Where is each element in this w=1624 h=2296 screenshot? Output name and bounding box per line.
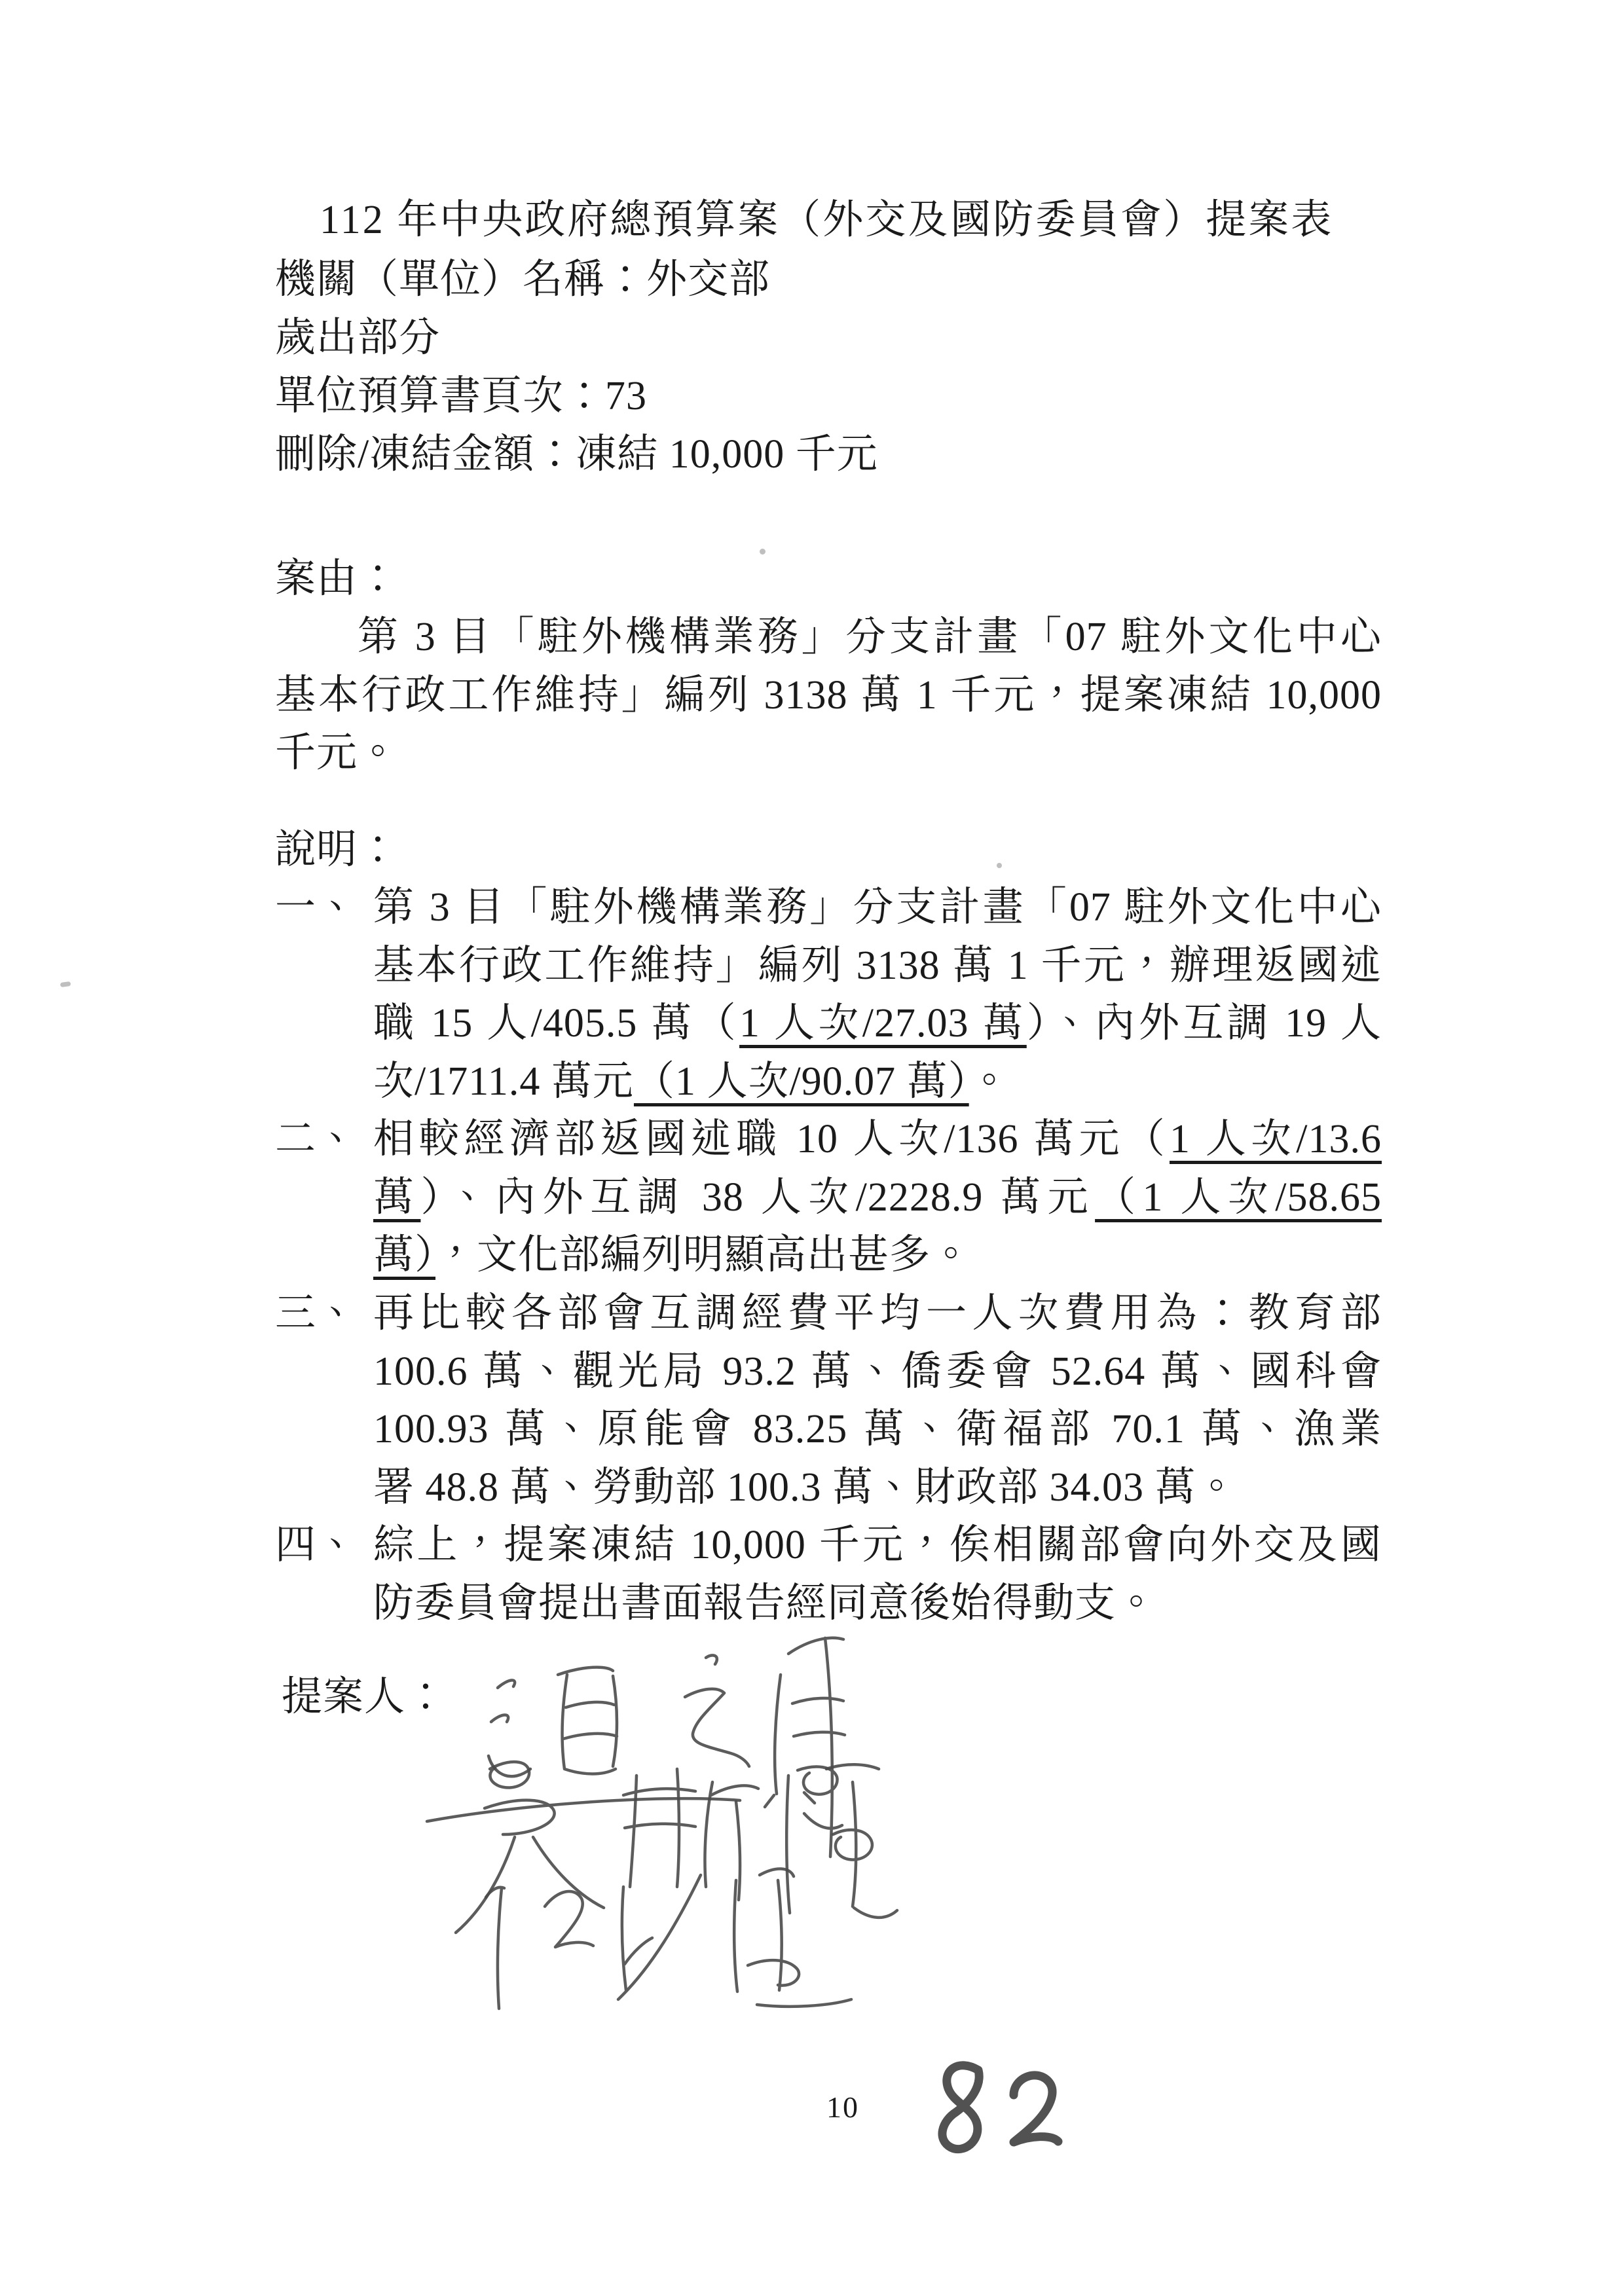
item-1-line-2: 基本行政工作維持」編列 3138 萬 1 千元，辦理返國述 (373, 942, 1382, 989)
item-2-line-1-underlined: 1 人次/13.6 (1170, 1117, 1382, 1161)
item-3-line-3: 100.93 萬、原能會 83.25 萬、衛福部 70.1 萬、漁業 (373, 1406, 1382, 1453)
page-title: 112 年中央政府總預算案（外交及國防委員會）提案表 (320, 196, 1333, 244)
item-2-line-2-underlined-start: 萬 (373, 1175, 420, 1220)
item-1-line-4-pre: 次/1711.4 萬元 (373, 1059, 634, 1104)
item-1-line-3-post: ）、內外互調 19 人 (1027, 1001, 1382, 1046)
item-4-marker: 四、 (275, 1522, 358, 1569)
item-1-marker: 一、 (275, 884, 358, 931)
case-line-2: 基本行政工作維持」編列 3138 萬 1 千元，提案凍結 10,000 (275, 672, 1382, 719)
signature-2-icon (427, 1762, 897, 1933)
item-1-line-3-pre: 職 15 人/405.5 萬（ (373, 1001, 739, 1046)
item-3-line-4: 署 48.8 萬、勞動部 100.3 萬、財政部 34.03 萬。 (373, 1464, 1238, 1511)
expenditure-section-line: 歲出部分 (275, 314, 440, 361)
item-2-marker: 二、 (275, 1116, 358, 1163)
scan-speck (997, 863, 1002, 868)
item-2-line-2-mid: ）、內外互調 38 人次/2228.9 萬元 (420, 1175, 1095, 1220)
scan-speck (760, 549, 766, 555)
item-1-line-3: 職 15 人/405.5 萬（1 人次/27.03 萬）、內外互調 19 人 (373, 1000, 1382, 1047)
budget-page-ref-line: 單位預算書頁次：73 (275, 373, 647, 420)
item-1-line-1: 第 3 目「駐外機構業務」分支計畫「07 駐外文化中心 (373, 884, 1382, 931)
item-1-line-4-underlined: （1 人次/90.07 萬） (634, 1059, 969, 1104)
item-3-marker: 三、 (275, 1290, 358, 1337)
item-2-line-2: 萬）、內外互調 38 人次/2228.9 萬元（1 人次/58.65 (373, 1174, 1382, 1221)
freeze-amount-line: 刪除/凍結金額：凍結 10,000 千元 (275, 431, 878, 478)
scanned-proposal-document: { "colors": { "paper": "#ffffff", "ink":… (0, 0, 1624, 2296)
item-2-line-1: 相較經濟部返國述職 10 人次/136 萬元（1 人次/13.6 (373, 1116, 1382, 1163)
handwritten-number-icon (915, 2054, 1086, 2172)
item-2-line-3: 萬），文化部編列明顯高出甚多。 (373, 1231, 972, 1279)
item-1-line-3-underlined: 1 人次/27.03 萬 (739, 1001, 1027, 1046)
agency-name-line: 機關（單位）名稱：外交部 (275, 256, 770, 303)
item-2-line-1-pre: 相較經濟部返國述職 10 人次/136 萬元（ (373, 1117, 1170, 1161)
item-4-line-1: 綜上，提案凍結 10,000 千元，俟相關部會向外交及國 (373, 1522, 1382, 1569)
proposer-signatures (393, 1597, 1244, 2213)
item-2-line-3-underlined: 萬） (373, 1233, 435, 1277)
item-2-line-3-post: ，文化部編列明顯高出甚多。 (435, 1233, 972, 1277)
case-label: 案由： (275, 555, 399, 602)
scan-speck (60, 981, 71, 987)
explanation-label: 說明： (275, 826, 399, 873)
item-1-line-4: 次/1711.4 萬元（1 人次/90.07 萬）。 (373, 1058, 1010, 1105)
item-2-line-2-underlined-end: （1 人次/58.65 (1095, 1175, 1382, 1220)
item-1-line-4-post: 。 (969, 1059, 1010, 1104)
case-line-3: 千元。 (275, 729, 399, 776)
signature-3-icon (486, 1868, 851, 2009)
case-line-1: 第 3 目「駐外機構業務」分支計畫「07 駐外文化中心 (358, 613, 1382, 661)
item-3-line-2: 100.6 萬、觀光局 93.2 萬、僑委會 52.64 萬、國科會 (373, 1348, 1382, 1395)
page-number: 10 (826, 2091, 859, 2124)
item-3-line-1: 再比較各部會互調經費平均一人次費用為：教育部 (373, 1290, 1382, 1337)
